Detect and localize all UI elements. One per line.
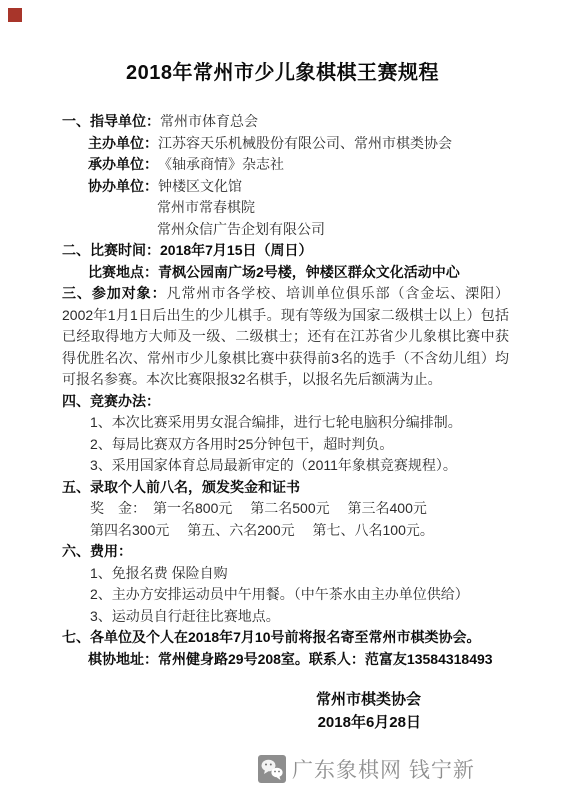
association-address: 棋协地址：常州健身路29号208室。联系人：范富友13584318493 <box>88 649 509 671</box>
row-co-organizer: 协办单位： 钟楼区文化馆 <box>62 176 509 198</box>
undertaking-unit-value: 《轴承商情》杂志社 <box>158 154 509 176</box>
rules-item-3: 3、采用国家体育总局最新审定的（2011年象棋竞赛规程）。 <box>90 455 509 477</box>
watermark-footer: 广东象棋网 钱宁新 <box>258 754 475 784</box>
guiding-unit-value: 常州市体育总会 <box>160 111 509 133</box>
row-competition-time: 二、 比赛时间： 2018年7月15日（周日） <box>62 240 509 262</box>
registration-text: 各单位及个人在2018年7月10号前将报名寄至常州市棋类协会。 <box>90 627 509 649</box>
rules-item-2: 2、每局比赛双方各用时25分钟包干，超时判负。 <box>90 434 509 456</box>
host-unit-value: 江苏容天乐机械股份有限公司、常州市棋类协会 <box>158 133 509 155</box>
prize-line-1: 奖 金： 第一名800元 第二名500元 第三名400元 <box>90 498 509 520</box>
watermark-text: 广东象棋网 钱宁新 <box>292 754 475 784</box>
competition-place-value: 青枫公园南广场2号楼，钟楼区群众文化活动中心 <box>158 262 509 284</box>
document-title: 2018年常州市少儿象棋棋王赛规程 <box>0 0 565 85</box>
competition-place-label: 比赛地点： <box>88 262 158 284</box>
row-undertaking-unit: 承办单位： 《轴承商情》杂志社 <box>62 154 509 176</box>
row-host-unit: 主办单位： 江苏容天乐机械股份有限公司、常州市棋类协会 <box>62 133 509 155</box>
row-registration: 七、 各单位及个人在2018年7月10号前将报名寄至常州市棋类协会。 <box>62 627 509 649</box>
corner-mark <box>8 8 22 22</box>
signature-date: 2018年6月28日 <box>62 712 421 735</box>
co-organizer-label: 协办单位： <box>88 176 158 198</box>
undertaking-unit-label: 承办单位： <box>88 154 158 176</box>
signature-block: 常州市棋类协会 2018年6月28日 <box>62 689 509 734</box>
prize-line-2: 第四名300元 第五、六名200元 第七、八名100元。 <box>90 520 509 542</box>
host-unit-label: 主办单位： <box>88 133 158 155</box>
fees-item-3: 3、运动员自行赶往比赛地点。 <box>90 606 509 628</box>
prizes-heading: 五、录取个人前八名，颁发奖金和证书 <box>62 477 509 499</box>
wechat-icon <box>258 755 286 783</box>
section-2-number: 二、 <box>62 240 90 262</box>
rules-item-1: 1、本次比赛采用男女混合编排，进行七轮电脑积分编排制。 <box>90 412 509 434</box>
participants-paragraph: 三、参加对象：凡常州市各学校、培训单位俱乐部（含金坛、溧阳）2002年1月1日后… <box>62 283 509 391</box>
document-body: 一、 指导单位： 常州市体育总会 主办单位： 江苏容天乐机械股份有限公司、常州市… <box>62 111 509 734</box>
row-guiding-unit: 一、 指导单位： 常州市体育总会 <box>62 111 509 133</box>
fees-heading: 六、费用： <box>62 541 509 563</box>
participants-label: 参加对象： <box>92 285 167 301</box>
fees-item-1: 1、免报名费 保险自购 <box>90 563 509 585</box>
co-organizer-value-2: 常州市常春棋院 <box>157 197 509 219</box>
fees-item-2: 2、主办方安排运动员中午用餐。（中午茶水由主办单位供给） <box>90 584 509 606</box>
section-3-number: 三、 <box>62 285 92 301</box>
competition-time-value: 2018年7月15日（周日） <box>160 240 509 262</box>
section-1-number: 一、 <box>62 111 90 133</box>
section-7-number: 七、 <box>62 627 90 649</box>
signature-org: 常州市棋类协会 <box>62 689 421 712</box>
rules-heading: 四、竞赛办法： <box>62 391 509 413</box>
co-organizer-value-1: 钟楼区文化馆 <box>158 176 509 198</box>
co-organizer-value-3: 常州众信广告企划有限公司 <box>157 219 509 241</box>
row-competition-place: 比赛地点： 青枫公园南广场2号楼，钟楼区群众文化活动中心 <box>62 262 509 284</box>
document-page: 2018年常州市少儿象棋棋王赛规程 一、 指导单位： 常州市体育总会 主办单位：… <box>0 0 565 800</box>
competition-time-label: 比赛时间： <box>90 240 160 262</box>
guiding-unit-label: 指导单位： <box>90 111 160 133</box>
